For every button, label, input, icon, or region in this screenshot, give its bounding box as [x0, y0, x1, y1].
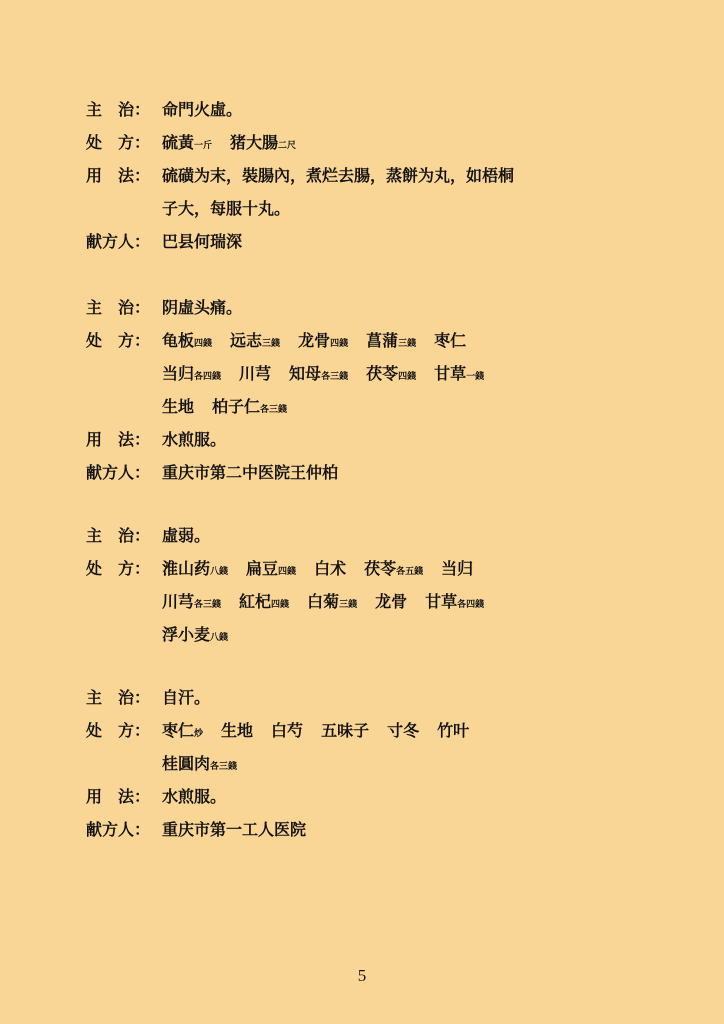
- usage-label: 用 法：: [86, 785, 162, 809]
- indication-label: 主 治：: [86, 524, 162, 548]
- page-number: 5: [0, 966, 724, 986]
- prescription-entry-2: 主 治：阴虛头痛。 处 方： 龟板四錢远志三錢龙骨四錢菖蒲三錢枣仁 当归各四錢川…: [86, 296, 646, 494]
- indication-text: 阴虛头痛。: [162, 296, 646, 320]
- prescription-label: 处 方：: [86, 329, 162, 353]
- usage-label: 用 法：: [86, 164, 162, 188]
- usage-text-cont: 子大，每服十丸。: [86, 197, 646, 230]
- prescription-label: 处 方：: [86, 719, 162, 743]
- contributor-label: 献方人：: [86, 818, 162, 842]
- indication-label: 主 治：: [86, 98, 162, 122]
- usage-text: 硫磺为末，裝腸內，煮烂去腸，蒸餅为丸，如梧桐: [162, 164, 646, 188]
- usage-label: 用 法：: [86, 428, 162, 452]
- prescription-line: 桂圓肉各三錢: [86, 752, 646, 785]
- usage-text: 水煎服。: [162, 428, 646, 452]
- prescription-line: 川芎各三錢紅杞四錢白菊三錢龙骨甘草各四錢: [86, 590, 646, 623]
- contributor-label: 献方人：: [86, 230, 162, 254]
- contributor-text: 重庆市第二中医院王仲柏: [162, 461, 646, 485]
- prescription-line: 当归各四錢川芎知母各三錢茯苓四錢甘草一錢: [86, 362, 646, 395]
- prescription-entry-4: 主 治：自汗。 处 方： 枣仁炒生地白芍五味子寸冬竹叶 桂圓肉各三錢 用 法：水…: [86, 686, 646, 851]
- indication-label: 主 治：: [86, 686, 162, 710]
- prescription-label: 处 方：: [86, 131, 162, 155]
- prescription-line: 浮小麦八錢: [86, 623, 646, 656]
- prescription-label: 处 方：: [86, 557, 162, 581]
- contributor-text: 巴县何瑞深: [162, 230, 646, 254]
- contributor-text: 重庆市第一工人医院: [162, 818, 646, 842]
- indication-label: 主 治：: [86, 296, 162, 320]
- prescription-line: 生地柏子仁各三錢: [86, 395, 646, 428]
- prescription-line: 淮山药八錢扁豆四錢白术茯苓各五錢当归: [162, 557, 646, 584]
- indication-text: 命門火虛。: [162, 98, 646, 122]
- indication-text: 自汗。: [162, 686, 646, 710]
- prescription-line: 硫黃一斤猪大腸二尺: [162, 131, 646, 158]
- contributor-label: 献方人：: [86, 461, 162, 485]
- prescription-line: 枣仁炒生地白芍五味子寸冬竹叶: [162, 719, 646, 746]
- prescription-entry-1: 主 治：命門火虛。 处 方： 硫黃一斤猪大腸二尺 用 法：硫磺为末，裝腸內，煮烂…: [86, 98, 646, 263]
- indication-text: 虛弱。: [162, 524, 646, 548]
- prescription-line: 龟板四錢远志三錢龙骨四錢菖蒲三錢枣仁: [162, 329, 646, 356]
- prescription-entry-3: 主 治：虛弱。 处 方： 淮山药八錢扁豆四錢白术茯苓各五錢当归 川芎各三錢紅杞四…: [86, 524, 646, 656]
- usage-text: 水煎服。: [162, 785, 646, 809]
